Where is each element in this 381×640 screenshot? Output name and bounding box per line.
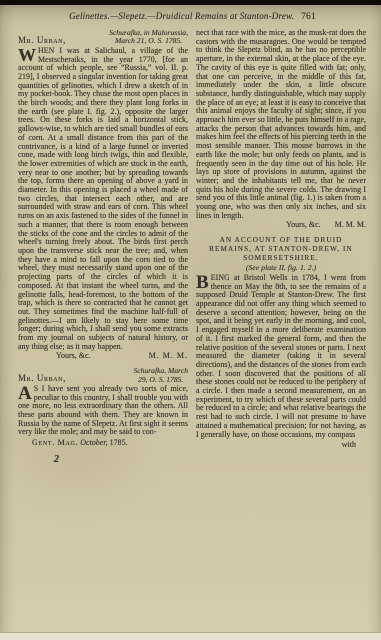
letter2-dateline: Schurafka, March 29, O. S. 1785. — [133, 367, 188, 384]
left-column: Mr. Urban, Schurafka, in Malorussia, Mar… — [18, 29, 188, 465]
imprint-year: 1785. — [110, 438, 128, 447]
letter2-salutation: Mr. Urban, — [18, 374, 66, 384]
article-dropcap: B — [196, 275, 209, 290]
letter1-body-text: HEN I was at Salichaul, a village of the… — [18, 46, 188, 351]
right-column: nect that race with the mice, as the mus… — [196, 29, 366, 465]
letter1-salutation: Mr. Urban, — [18, 36, 66, 46]
running-title: Gelinettes.—Slepetz.—Druidical Remains a… — [69, 11, 294, 21]
letter2-signoff-initials: M. M. M. — [335, 221, 366, 230]
scan-bottom-edge — [0, 632, 381, 640]
letter1-body: WHEN I was at Salichaul, a village of th… — [18, 47, 188, 352]
plate-reference: (See plate II. fig. 1. 2.) — [196, 264, 366, 273]
letter1-dateline: Schurafka, in Malorussia, March 21, O. S… — [109, 29, 188, 46]
article-body: BEING at Bristol Wells in 1784, I went f… — [196, 274, 366, 439]
letter1-dateline-date: March 21, O. S. 1785. — [115, 36, 182, 45]
letter1-signoff-initials: M. M. M. — [149, 352, 188, 361]
catchword: with — [196, 441, 366, 450]
letter2-body-text: S I have sent you already two sorts of m… — [18, 384, 188, 437]
letter1-salutation-row: Mr. Urban, Schurafka, in Malorussia, Mar… — [18, 29, 188, 46]
imprint-title: Gent. Mag. — [32, 438, 78, 447]
imprint-month: October, — [80, 438, 107, 447]
letter1-dropcap: W — [18, 48, 36, 63]
letter2-body: AS I have sent you already two sorts of … — [18, 385, 188, 437]
magazine-imprint: Gent. Mag. October, 1785. — [32, 439, 188, 448]
page-number: 761 — [301, 12, 316, 22]
signature-mark: 2 — [54, 456, 188, 465]
two-column-text: Mr. Urban, Schurafka, in Malorussia, Mar… — [18, 29, 366, 465]
letter1-signoff-yours: Yours, &c. — [56, 352, 91, 361]
letter2-signoff-yours: Yours, &c. — [286, 221, 321, 230]
article-body-text: EING at Bristol Wells in 1784, I went fr… — [196, 273, 366, 439]
letter2-dropcap: A — [18, 386, 32, 401]
letter2-dateline-date: 29, O. S. 1785. — [138, 375, 183, 384]
scanned-page: Gelinettes.—Slepetz.—Druidical Remains a… — [0, 0, 381, 640]
scan-top-edge — [0, 0, 381, 5]
article-heading: An Account of the Druid Remains, at Stan… — [200, 236, 362, 263]
letter2-signoff: Yours, &c. M. M. M. — [196, 221, 366, 230]
running-header: Gelinettes.—Slepetz.—Druidical Remains a… — [20, 11, 365, 22]
letter1-signoff: Yours, &c. M. M. M. — [18, 352, 188, 361]
letter2-continuation: nect that race with the mice, as the mus… — [196, 29, 366, 220]
letter2-salutation-row: Mr. Urban, Schurafka, March 29, O. S. 17… — [18, 367, 188, 384]
